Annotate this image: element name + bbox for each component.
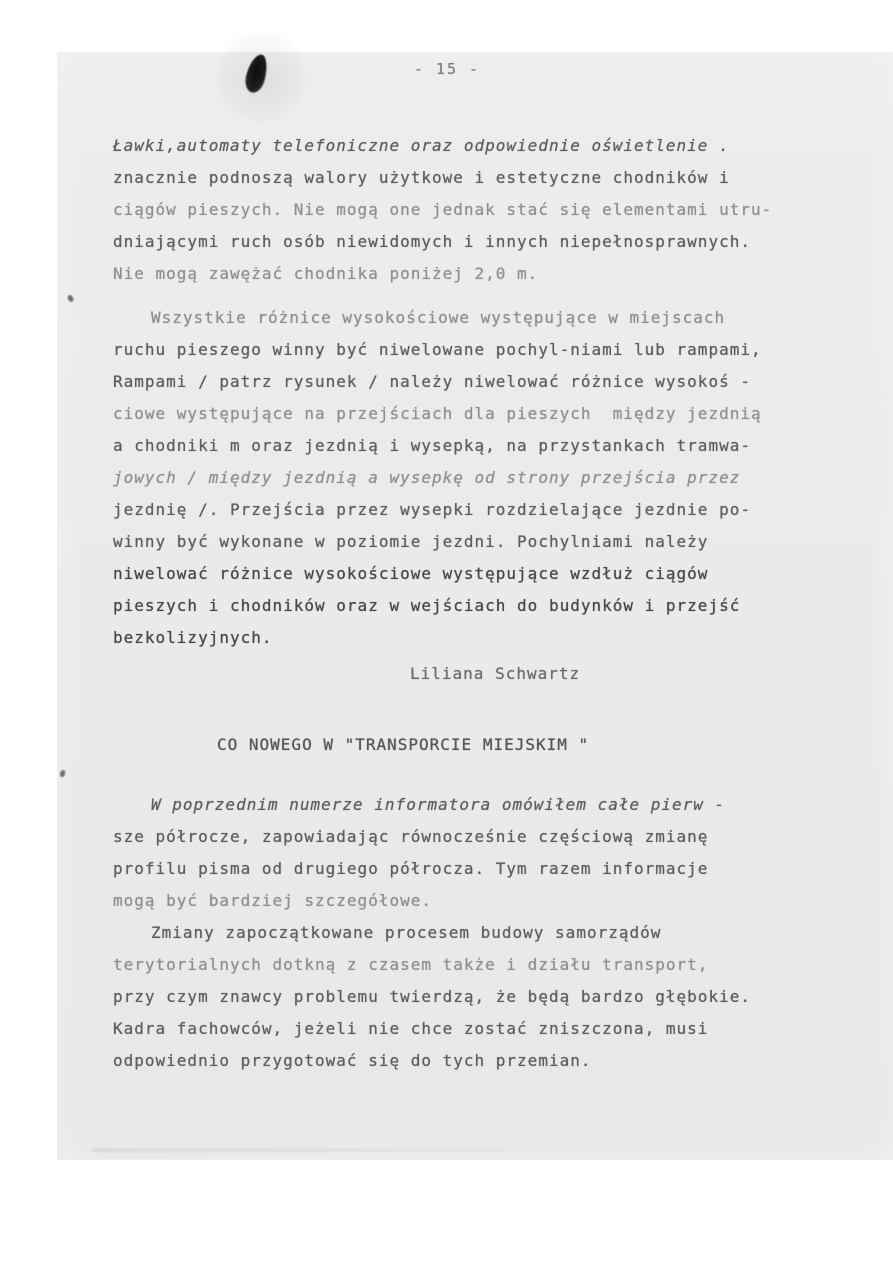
text-line: sze półrocze, zapowiadając równocześnie … xyxy=(113,821,813,853)
paragraph-1: Ławki,automaty telefoniczne oraz odpowie… xyxy=(113,130,813,290)
page-number: - 15 - xyxy=(387,60,507,78)
paragraph-3: W poprzednim numerze informatora omówiłe… xyxy=(113,789,813,917)
text-line: pieszych i chodników oraz w wejściach do… xyxy=(113,590,813,622)
text-line: Rampami / patrz rysunek / należy niwelow… xyxy=(113,366,813,398)
text-line: profilu pisma od drugiego półrocza. Tym … xyxy=(113,853,813,885)
text-line: mogą być bardziej szczegółowe. xyxy=(113,885,813,917)
text-line: Ławki,automaty telefoniczne oraz odpowie… xyxy=(113,130,813,162)
text-line: terytorialnych dotkną z czasem także i d… xyxy=(113,949,813,981)
page: - 15 - Ławki,automaty telefoniczne oraz … xyxy=(57,52,893,1160)
text-line: ciągów pieszych. Nie mogą one jednak sta… xyxy=(113,194,813,226)
text-line: Zmiany zapoczątkowane procesem budowy sa… xyxy=(113,917,813,949)
text-line: a chodniki m oraz jezdnią i wysepką, na … xyxy=(113,430,813,462)
text-line: znacznie podnoszą walory użytkowe i este… xyxy=(113,162,813,194)
text-line: Nie mogą zawężać chodnika poniżej 2,0 m. xyxy=(113,258,813,290)
text-line: winny być wykonane w poziomie jezdni. Po… xyxy=(113,526,813,558)
text-line: jezdnię /. Przejścia przez wysepki rozdz… xyxy=(113,494,813,526)
margin-speck xyxy=(59,770,65,778)
text-line: bezkolizyjnych. xyxy=(113,622,813,654)
text-line: W poprzednim numerze informatora omówiłe… xyxy=(113,789,813,821)
text-line: Wszystkie różnice wysokościowe występują… xyxy=(113,302,813,334)
text-line: Kadra fachowców, jeżeli nie chce zostać … xyxy=(113,1013,813,1045)
section-heading: CO NOWEGO W "TRANSPORCIE MIEJSKIM " xyxy=(217,733,589,757)
margin-speck xyxy=(66,294,74,303)
paragraph-4: Zmiany zapoczątkowane procesem budowy sa… xyxy=(113,917,813,1077)
text-line: przy czym znawcy problemu twierdzą, że b… xyxy=(113,981,813,1013)
text-line: odpowiednio przygotować się do tych prze… xyxy=(113,1045,813,1077)
text-line: niwelować różnice wysokościowe występują… xyxy=(113,558,813,590)
paragraph-2: Wszystkie różnice wysokościowe występują… xyxy=(113,302,813,654)
scan-smudge xyxy=(92,1148,622,1152)
text-line: jowych / między jezdnią a wysepkę od str… xyxy=(113,462,813,494)
text-line: ruchu pieszego winny być niwelowane poch… xyxy=(113,334,813,366)
text-line: dniającymi ruch osób niewidomych i innyc… xyxy=(113,226,813,258)
text-line: ciowe występujące na przejściach dla pie… xyxy=(113,398,813,430)
signature: Liliana Schwartz xyxy=(410,662,580,686)
